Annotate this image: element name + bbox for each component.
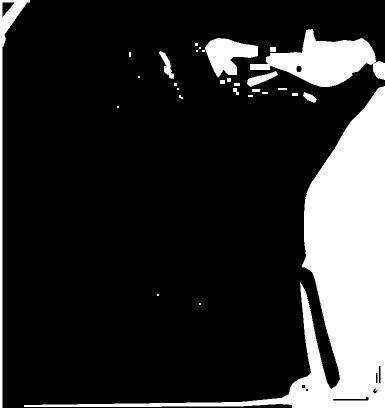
speck: [177, 88, 179, 90]
speck: [129, 52, 131, 57]
vertical-line-mark: [379, 366, 381, 383]
speck: [157, 294, 159, 296]
scatter-bit: [233, 88, 237, 92]
speck: [179, 95, 181, 98]
speck: [138, 76, 140, 78]
scatter-bit: [220, 80, 225, 84]
speck: [199, 47, 201, 49]
speck: [202, 50, 205, 52]
edge-dash: [278, 88, 287, 90]
speck: [117, 106, 119, 108]
stair-speck: [302, 385, 305, 388]
binary-mask-image: [0, 0, 385, 408]
vertical-line-mark: [376, 373, 378, 383]
stair-speck: [306, 389, 308, 391]
scatter-bit: [227, 78, 231, 82]
mass-hole-dot: [296, 66, 301, 72]
lower-band: [250, 64, 270, 70]
line-hook: [366, 397, 368, 400]
left-edge-border: [0, 0, 3, 408]
dash: [252, 89, 260, 92]
edge-dash: [292, 93, 298, 96]
dash: [248, 95, 253, 97]
scatter-bit: [234, 83, 240, 86]
speck: [181, 97, 183, 99]
dash: [262, 92, 268, 94]
band-upper-bit: [270, 47, 276, 52]
speck: [195, 43, 198, 46]
scatter-bit: [236, 92, 239, 95]
bottom-thin-line: [333, 399, 368, 401]
speck: [174, 83, 177, 86]
speck: [199, 303, 201, 305]
speck: [196, 50, 198, 52]
mask-svg: [0, 0, 385, 408]
